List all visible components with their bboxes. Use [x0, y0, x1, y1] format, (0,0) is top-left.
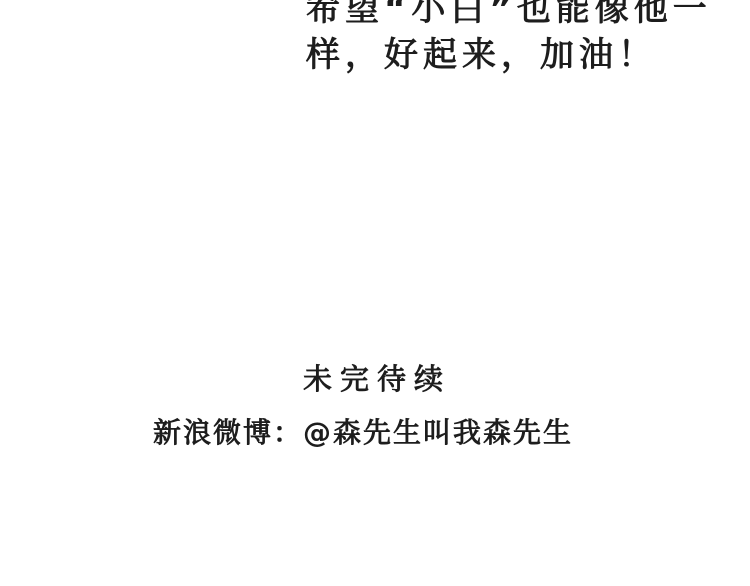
- speech-text: 希望“小白”也能像他一 样，好起来，加油！: [306, 0, 712, 78]
- to-be-continued-label: 未完待续: [303, 360, 451, 398]
- comic-page: 希望“小白”也能像他一 样，好起来，加油！ 未完待续 新浪微博：@森先生叫我森先…: [0, 0, 750, 586]
- weibo-credit: 新浪微博：@森先生叫我森先生: [153, 413, 573, 453]
- speech-line-2: 样，好起来，加油！: [306, 32, 712, 78]
- speech-line-1: 希望“小白”也能像他一: [306, 0, 712, 32]
